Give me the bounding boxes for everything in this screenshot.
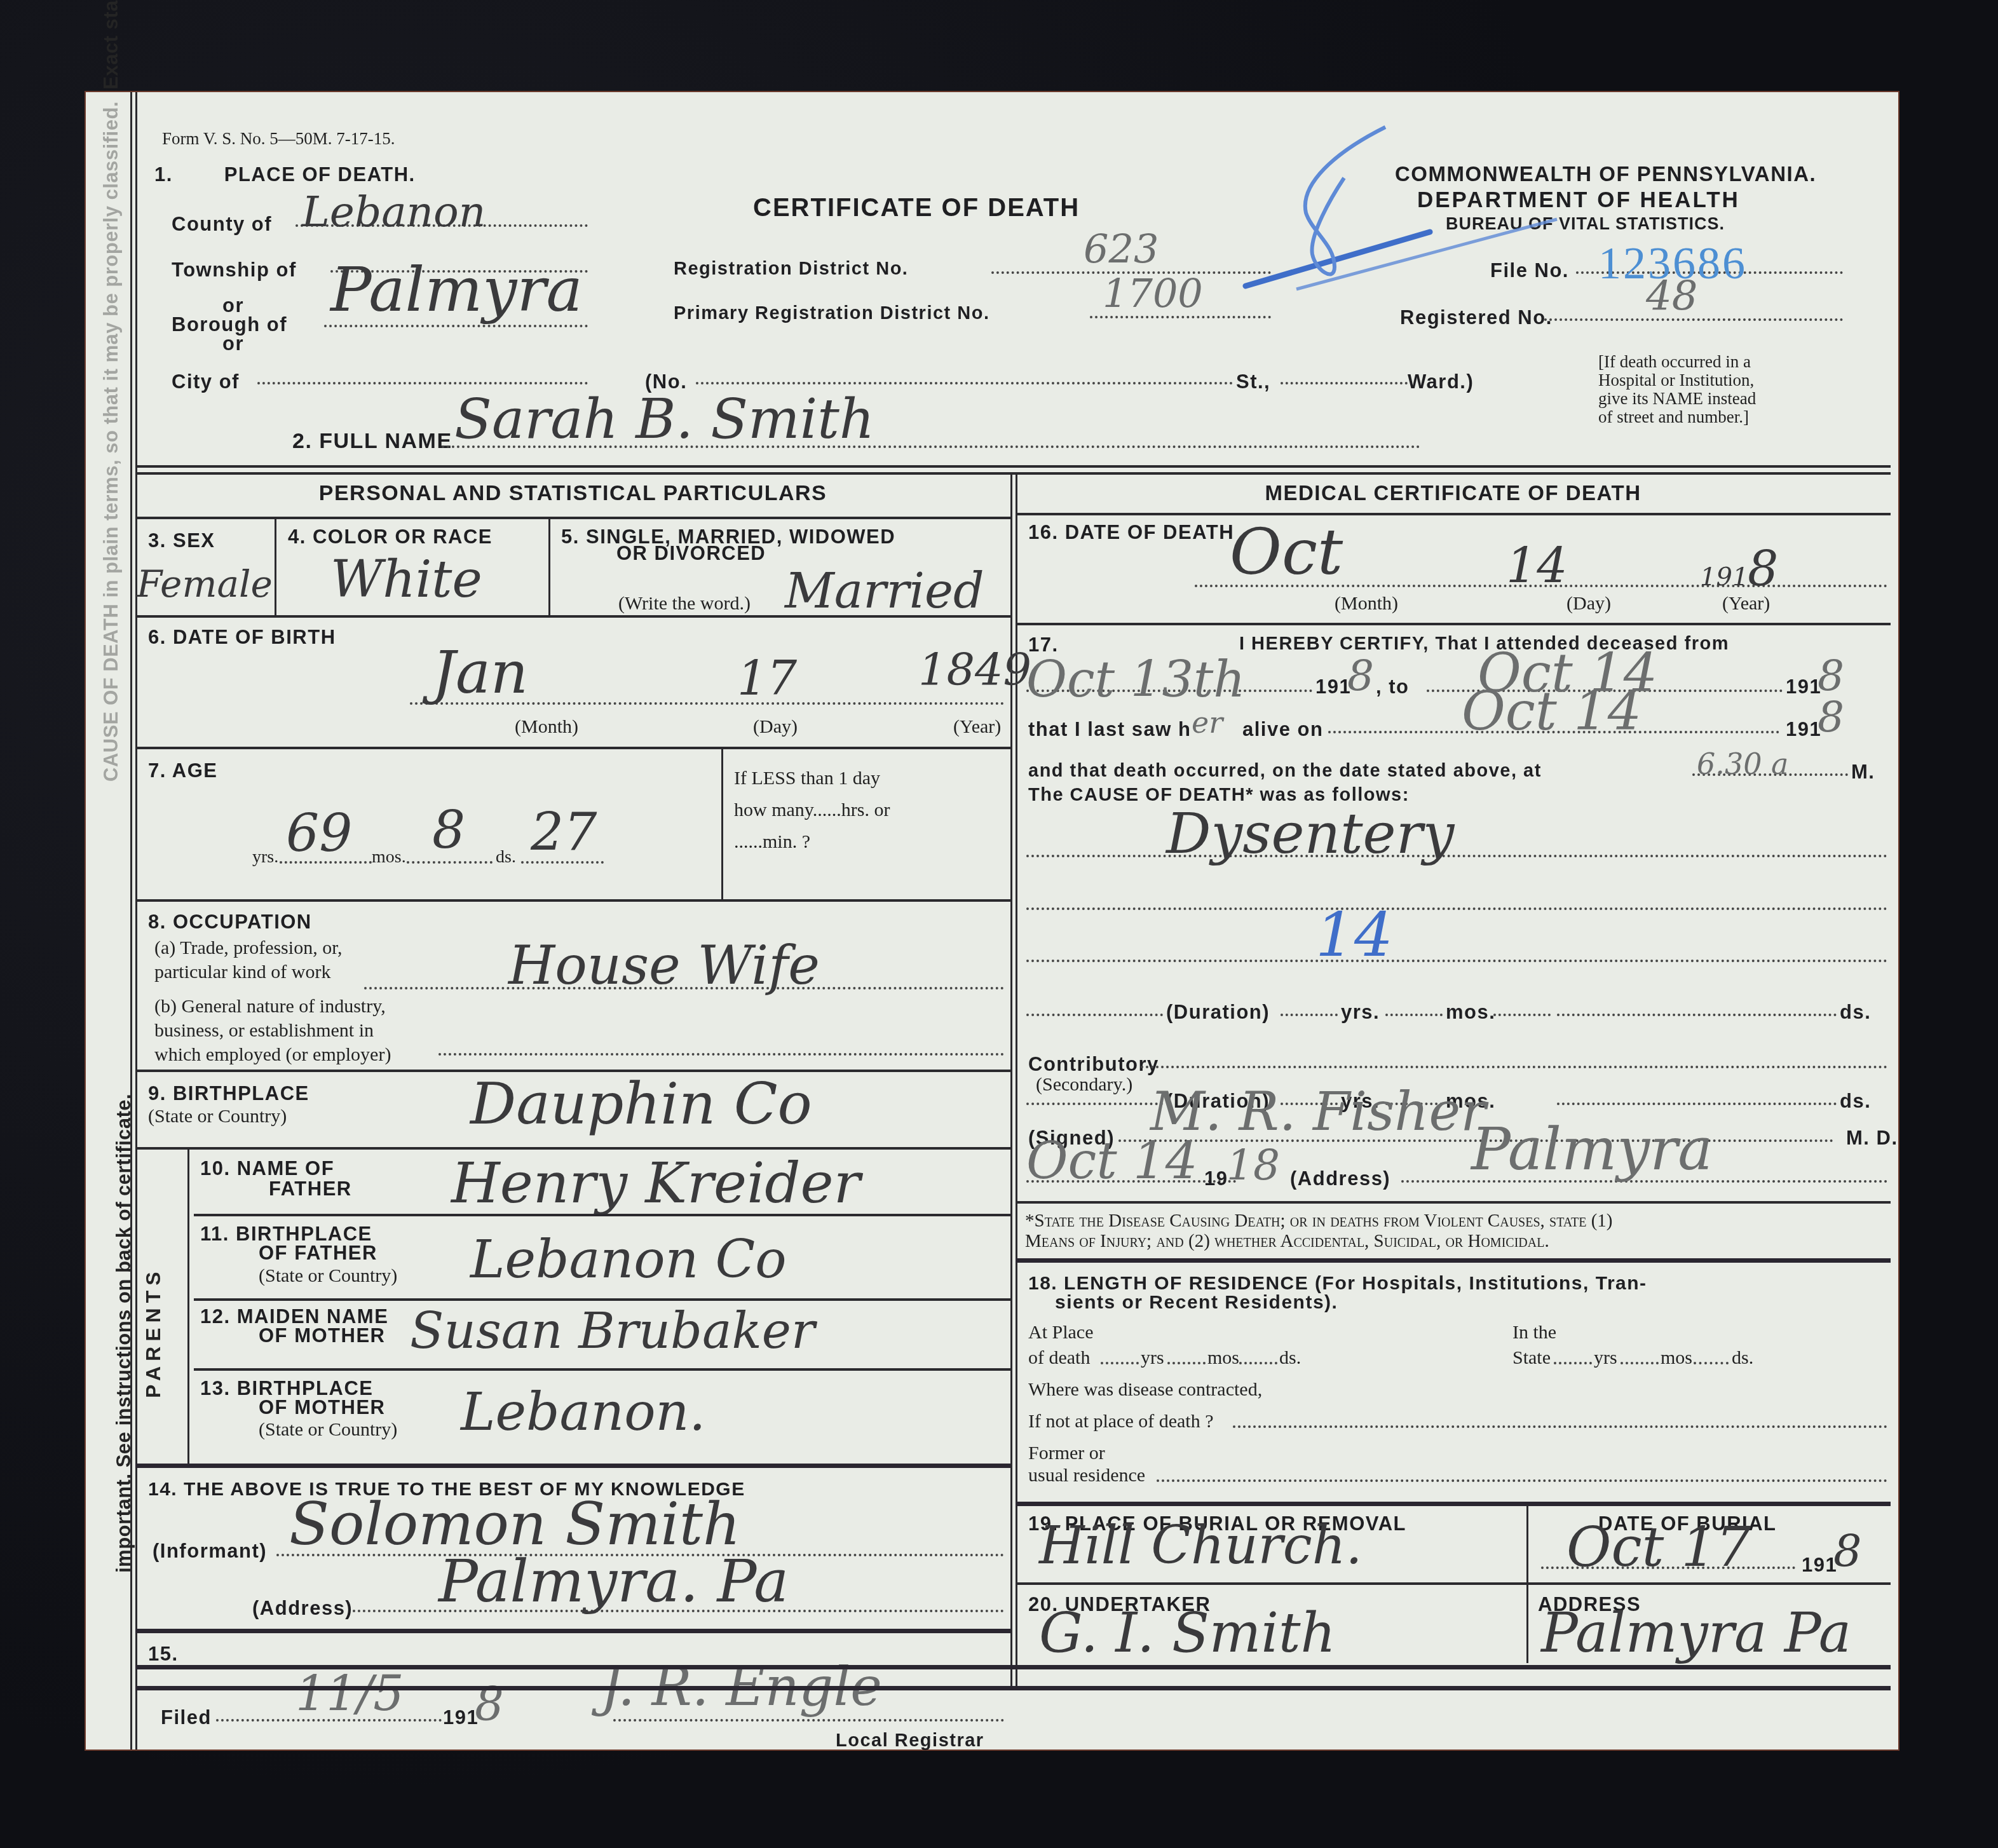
at-place-yrs-label: yrs <box>1141 1347 1164 1369</box>
contributory-label: Contributory <box>1028 1053 1159 1076</box>
md-label: M. D. <box>1846 1127 1898 1150</box>
place-of-death-label: 1. PLACE OF DEATH. <box>154 163 416 186</box>
father-name-value: Henry Kreider <box>451 1150 860 1216</box>
signed-year-suffix: 18 <box>1227 1141 1280 1190</box>
sex-value: Female <box>137 562 273 606</box>
at-place-label: At Place <box>1028 1322 1093 1343</box>
parents-label: PARENTS <box>142 1267 165 1398</box>
duration-ds-label: ds. <box>1840 1001 1871 1024</box>
attended-from-year: 8 <box>1347 651 1374 700</box>
dob-year-value: 1849 <box>918 644 1031 696</box>
birthplace-sub: (State or Country) <box>148 1106 287 1127</box>
attended-to-year-prefix: 191 <box>1786 676 1821 698</box>
birthplace-label: 9. BIRTHPLACE <box>148 1082 309 1105</box>
death-time-label: and that death occurred, on the date sta… <box>1028 761 1542 782</box>
former-or-label: Former or <box>1028 1443 1105 1464</box>
age-ds-label: ds. <box>496 847 516 867</box>
mother-birthplace-sub: (State or Country) <box>259 1419 397 1441</box>
death-certificate-document: CAUSE OF DEATH in plain terms, so that i… <box>86 92 1898 1749</box>
last-saw-year-prefix: 191 <box>1786 718 1821 741</box>
personal-section-title: PERSONAL AND STATISTICAL PARTICULARS <box>135 481 1010 506</box>
informant-address-value: Palmyra. Pa <box>438 1547 789 1615</box>
last-saw-pronoun: er <box>1192 705 1223 740</box>
signed-year-prefix: 19 <box>1204 1167 1228 1190</box>
year-caption: (Year) <box>953 716 1001 738</box>
blue-pencil-mark-icon <box>1239 102 1570 292</box>
mother-birthplace-label: 13. BIRTHPLACE OF MOTHER <box>200 1379 386 1417</box>
duration-label: (Duration) <box>1166 1001 1270 1024</box>
dod-year-caption: (Year) <box>1722 593 1770 615</box>
local-registrar-label: Local Registrar <box>836 1730 984 1751</box>
day-caption: (Day) <box>753 716 798 738</box>
race-value: White <box>330 550 482 609</box>
birthplace-value: Dauphin Co <box>470 1071 812 1138</box>
registration-district-value: 623 <box>1084 226 1159 272</box>
footnote-line-1: *State the Disease Causing Death; or in … <box>1025 1211 1613 1232</box>
county-label: County of <box>172 213 272 236</box>
age-mos-label: mos. <box>372 847 406 867</box>
mother-maiden-name-label: 12. MAIDEN NAME OF MOTHER <box>200 1307 388 1345</box>
occupation-b-hint: (b) General nature of industry, business… <box>154 995 391 1067</box>
where-contracted-label: Where was disease contracted, <box>1028 1379 1262 1401</box>
last-saw-label: that I last saw h <box>1028 718 1191 741</box>
state-label: State <box>1512 1347 1551 1369</box>
duration-ds-label-2: ds. <box>1840 1090 1871 1113</box>
physician-signature: M. R. Fisher <box>1150 1080 1486 1143</box>
less-than-one-day-note: If LESS than 1 day how many......hrs. or… <box>734 763 890 858</box>
cause-of-death-value: Dysentery <box>1166 801 1454 866</box>
burial-date-value: Oct 17 <box>1566 1516 1751 1579</box>
residence-label-2: sients or Recent Residents). <box>1055 1292 1338 1314</box>
marital-status-label-2: OR DIVORCED <box>616 542 766 565</box>
dod-year-prefix: 191 <box>1700 562 1748 592</box>
dod-month-caption: (Month) <box>1335 593 1398 615</box>
in-state-mos-label: mos <box>1661 1347 1692 1369</box>
certificate-title: CERTIFICATE OF DEATH <box>753 194 1080 222</box>
city-label: City of <box>172 370 240 393</box>
if-not-at-place-label: If not at place of death ? <box>1028 1411 1214 1432</box>
medical-section-title: MEDICAL CERTIFICATE OF DEATH <box>1016 481 1891 505</box>
physician-address-value: Palmyra <box>1471 1115 1713 1183</box>
mother-birthplace-value: Lebanon. <box>461 1382 705 1443</box>
sex-label: 3. SEX <box>148 529 215 552</box>
dod-year-suffix: 8 <box>1748 540 1778 597</box>
section-divider <box>135 465 1891 468</box>
last-saw-year: 8 <box>1818 693 1844 742</box>
father-birthplace-label: 11. BIRTHPLACE OF FATHER <box>200 1225 377 1263</box>
full-name-value: Sarah B. Smith <box>454 388 874 451</box>
date-of-birth-label: 6. DATE OF BIRTH <box>148 626 336 649</box>
marital-status-value: Married <box>785 562 984 619</box>
age-yrs-label: yrs. <box>252 847 278 867</box>
registered-no-value: 48 <box>1646 273 1697 320</box>
filed-label: Filed <box>161 1706 212 1729</box>
father-birthplace-sub: (State or Country) <box>259 1265 397 1287</box>
section-divider <box>135 472 1891 475</box>
death-time-value: 6.30 a <box>1697 747 1788 781</box>
cause-code-value: 14 <box>1315 899 1393 970</box>
undertaker-value: G. I. Smith <box>1039 1601 1336 1665</box>
burial-place-value: Hill Church. <box>1039 1516 1363 1576</box>
father-name-label: 10. NAME OF FATHER <box>200 1158 352 1199</box>
informant-label: (Informant) <box>153 1540 267 1563</box>
registered-no-label: Registered No. <box>1400 306 1553 329</box>
mother-maiden-name-value: Susan Brubaker <box>410 1303 815 1360</box>
age-days-value: 27 <box>531 803 597 863</box>
age-label: 7. AGE <box>148 759 218 782</box>
burial-year-prefix: 191 <box>1802 1554 1837 1577</box>
occupation-label: 8. OCCUPATION <box>148 911 312 934</box>
bottom-rule <box>135 1686 1891 1690</box>
footnote-line-2: Means of Injury; and (2) whether Acciden… <box>1025 1231 1549 1252</box>
margin-rule-inner <box>135 92 137 1749</box>
dod-day-caption: (Day) <box>1566 593 1611 615</box>
burial-year-suffix: 8 <box>1833 1525 1862 1577</box>
residence-label: 18. LENGTH OF RESIDENCE (For Hospitals, … <box>1028 1273 1647 1294</box>
meridian-label: M. <box>1851 761 1875 784</box>
bottom-rule <box>135 1665 1891 1669</box>
borough-value: Palmyra <box>330 254 583 325</box>
marital-hint: (Write the word.) <box>618 593 751 615</box>
father-birthplace-value: Lebanon Co <box>470 1230 787 1290</box>
occupation-a-hint: (a) Trade, profession, or, particular ki… <box>154 936 342 984</box>
registration-district-label: Registration District No. <box>674 259 908 280</box>
of-death-label: of death <box>1028 1347 1090 1369</box>
signed-date-value: Oct 14 <box>1026 1131 1198 1190</box>
full-name-label: 2. FULL NAME <box>292 429 452 454</box>
physician-address-label: (Address) <box>1290 1167 1390 1190</box>
age-years-value: 69 <box>286 804 352 864</box>
to-label: , to <box>1376 676 1410 698</box>
street-label: St., <box>1236 370 1270 393</box>
race-label: 4. COLOR OR RACE <box>288 526 493 548</box>
in-the-label: In the <box>1512 1322 1556 1343</box>
date-of-death-label: 16. DATE OF DEATH <box>1028 521 1234 544</box>
duration-mos-label: mos. <box>1446 1001 1495 1024</box>
primary-registration-district-label: Primary Registration District No. <box>674 303 990 324</box>
last-saw-date-value: Oct 14 <box>1462 680 1641 742</box>
informant-address-label: (Address) <box>252 1597 353 1620</box>
margin-note-line-1: CAUSE OF DEATH in plain terms, so that i… <box>100 0 123 782</box>
usual-residence-label: usual residence <box>1028 1465 1145 1486</box>
age-months-value: 8 <box>432 801 465 861</box>
county-value: Lebanon <box>302 187 486 236</box>
in-state-ds-label: ds. <box>1732 1347 1753 1369</box>
duration-yrs-label: yrs. <box>1341 1001 1380 1024</box>
attended-from-year-prefix: 191 <box>1315 676 1351 698</box>
hospital-note: [If death occurred in a Hospital or Inst… <box>1598 353 1756 426</box>
at-place-mos-label: mos <box>1207 1347 1239 1369</box>
occupation-value: House Wife <box>508 934 820 996</box>
primary-registration-district-value: 1700 <box>1103 270 1203 316</box>
dod-month-value: Oct <box>1230 515 1343 589</box>
contributory-sub: (Secondary.) <box>1036 1074 1132 1096</box>
month-caption: (Month) <box>515 716 578 738</box>
or-label-2: or <box>222 332 244 355</box>
margin-note-line-2: important. See instructions on back of c… <box>112 1094 135 1573</box>
at-place-ds-label: ds. <box>1279 1347 1301 1369</box>
alive-on-label: alive on <box>1242 718 1323 741</box>
filed-date-value: 11/5 <box>296 1665 404 1722</box>
ward-label: Ward.) <box>1408 370 1474 393</box>
in-state-yrs-label: yrs <box>1594 1347 1617 1369</box>
dob-month-value: Jan <box>432 639 528 707</box>
undertaker-address-value: Palmyra Pa <box>1541 1601 1851 1665</box>
dod-day-value: 14 <box>1506 537 1568 594</box>
filed-year-prefix: 191 <box>443 1706 479 1729</box>
item-15-label: 15. <box>148 1643 179 1666</box>
dob-day-value: 17 <box>737 651 797 706</box>
attended-from-value: Oct 13th <box>1026 651 1246 709</box>
form-number: Form V. S. No. 5—50M. 7-17-15. <box>162 129 395 149</box>
township-label: Township of <box>172 259 297 282</box>
